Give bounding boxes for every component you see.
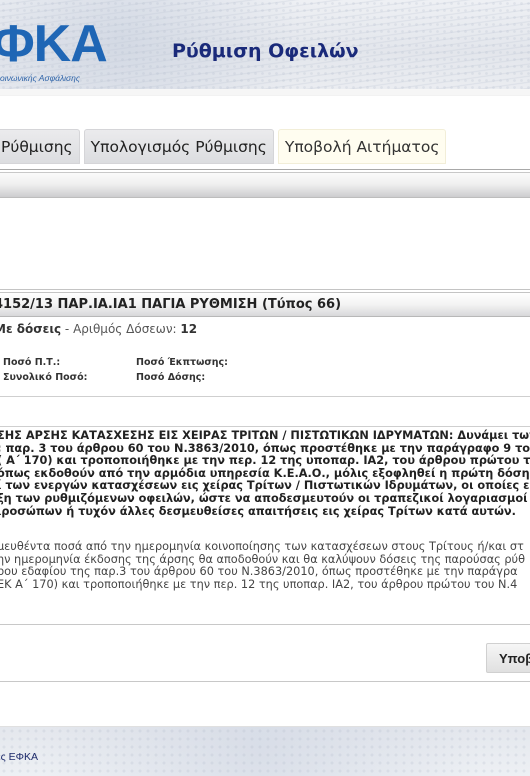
tab-label: Υποβολή Αιτήματος	[285, 138, 440, 156]
installments-info: Με δόσεις - Αριθμός Δόσεων: 12	[0, 322, 197, 336]
divider	[0, 624, 530, 625]
tab-label: Ρύθμισης	[1, 138, 73, 156]
total-amount-label: Συνολικό Ποσό:	[3, 372, 87, 383]
notice-line: ΕΚ Α΄ 170) και τροποποιήθηκε με την περ.…	[0, 579, 530, 592]
footer-banner	[0, 726, 530, 776]
notice-line: μευθέντα ποσά από την ημερομηνία κοινοπο…	[0, 541, 530, 554]
tab-settlement-params[interactable]: Ρύθμισης	[0, 129, 80, 164]
page: ΦΚΑ οινωνικής Ασφάλισης Ρύθμιση Οφειλών …	[0, 0, 530, 776]
header-banner: ΦΚΑ οινωνικής Ασφάλισης Ρύθμιση Οφειλών	[0, 0, 530, 96]
seized-amounts-notice: μευθέντα ποσά από την ημερομηνία κοινοπο…	[0, 541, 530, 591]
installments-separator: -	[61, 322, 73, 336]
installment-amount-label: Ποσό Δόσης:	[136, 372, 205, 383]
notice-line: ξη των ρυθμιζόμενων οφειλών, ώστε να απο…	[0, 493, 530, 506]
principal-amount-label: Ποσό Π.Τ.:	[3, 357, 60, 368]
toolbar-bar	[0, 173, 530, 198]
tab-request-submission[interactable]: Υποβολή Αιτήματος	[278, 129, 447, 164]
efka-logo[interactable]: ΦΚΑ	[0, 18, 107, 70]
tab-label: Υπολογισμός Ρύθμισης	[91, 138, 267, 156]
seizure-release-notice: ΣΗΣ ΑΡΣΗΣ ΚΑΤΑΣΧΕΣΗΣ ΕΙΣ ΧΕΙΡΑΣ ΤΡΙΤΩΝ /…	[0, 430, 530, 518]
settlement-header: 4152/13 ΠΑΡ.ΙΑ.ΙΑ1 ΠΑΓΙΑ ΡΥΘΜΙΣΗ (Τύπος …	[0, 293, 530, 317]
notice-line: ΣΗΣ ΑΡΣΗΣ ΚΑΤΑΣΧΕΣΗΣ ΕΙΣ ΧΕΙΡΑΣ ΤΡΙΤΩΝ /…	[0, 430, 530, 443]
installments-mode: Με δόσεις	[0, 322, 61, 336]
tab-settlement-calculation[interactable]: Υπολογισμός Ρύθμισης	[84, 129, 274, 164]
installments-count-label: Αριθμός Δόσεων:	[73, 322, 180, 336]
submit-request-button[interactable]: Υποβολή	[486, 643, 530, 673]
footer-copyright: ες ΕΦΚΑ	[0, 751, 38, 763]
notice-line: ρου εδαφίου της παρ.3 του άρθρου 60 του …	[0, 566, 530, 579]
divider	[0, 426, 530, 427]
settlement-title: 4152/13 ΠΑΡ.ΙΑ.ΙΑ1 ΠΑΓΙΑ ΡΥΘΜΙΣΗ (Τύπος …	[0, 297, 341, 312]
notice-line: ( Α΄ 170) και τροποποιήθηκε με την περ. …	[0, 455, 530, 468]
logo-subtitle: οινωνικής Ασφάλισης	[0, 73, 80, 83]
divider	[0, 681, 530, 682]
installments-count: 12	[180, 322, 197, 336]
notice-line: ιροσώπων ή τυχόν άλλες δεσμευθείσες απαι…	[0, 506, 530, 519]
discount-amount-label: Ποσό Έκπτωσης:	[136, 357, 228, 368]
divider	[0, 396, 530, 397]
wizard-tabs: Ρύθμισης Υπολογισμός Ρύθμισης Υποβολή Αι…	[0, 129, 446, 165]
page-title: Ρύθμιση Οφειλών	[172, 40, 359, 62]
